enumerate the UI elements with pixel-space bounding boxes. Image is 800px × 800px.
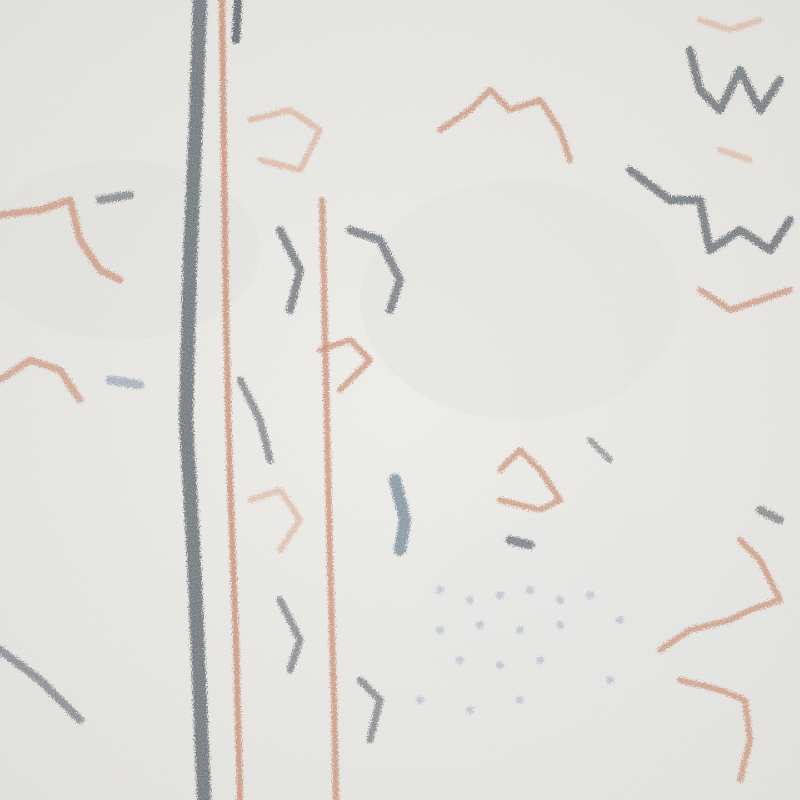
rug-texture-image: [0, 0, 800, 800]
rug-texture-photo: [0, 0, 800, 800]
